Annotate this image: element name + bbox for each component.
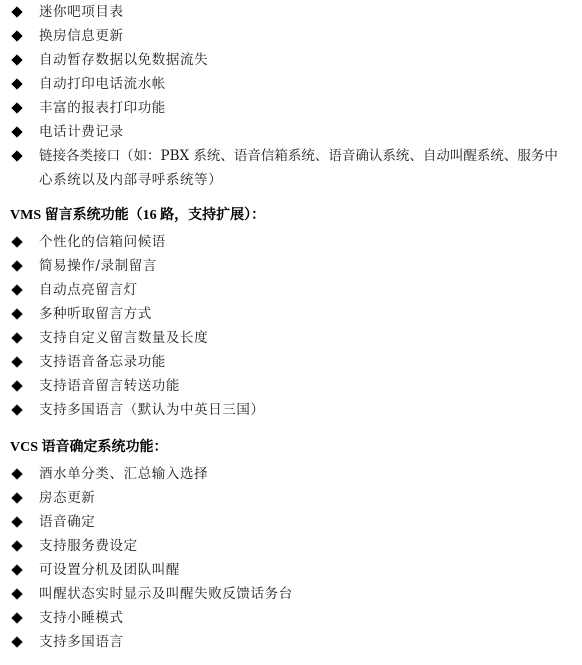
list-item: 支持服务费设定 <box>0 534 582 558</box>
diamond-bullet-icon <box>10 462 24 486</box>
diamond-bullet-icon <box>10 398 24 422</box>
diamond-bullet-icon <box>10 278 24 302</box>
diamond-bullet-icon <box>10 254 24 278</box>
diamond-bullet-icon <box>10 230 24 254</box>
list-item: 个性化的信箱问候语 <box>0 230 582 254</box>
list-item: 支持语音备忘录功能 <box>0 350 582 374</box>
diamond-bullet-icon <box>10 72 24 96</box>
section-heading-vms: VMS 留言系统功能（16 路，支持扩展）： <box>10 204 265 228</box>
diamond-bullet-icon <box>10 48 24 72</box>
diamond-bullet-icon <box>10 606 24 630</box>
list-item: 多种听取留言方式 <box>0 302 582 326</box>
list-item: 支持多国语言 <box>0 630 582 654</box>
diamond-bullet-icon <box>10 374 24 398</box>
diamond-bullet-icon <box>10 534 24 558</box>
list-item: 自动点亮留言灯 <box>0 278 582 302</box>
list-item: 可设置分机及团队叫醒 <box>0 558 582 582</box>
diamond-bullet-icon <box>10 24 24 48</box>
list-item: 电话计费记录 <box>0 120 582 144</box>
list-item: 简易操作/录制留言 <box>0 254 582 278</box>
list-item: 自动暂存数据以免数据流失 <box>0 48 582 72</box>
list-item-continuation: 心系统以及内部寻呼系统等） <box>39 168 222 192</box>
diamond-bullet-icon <box>10 630 24 654</box>
list-item: 酒水单分类、汇总输入选择 <box>0 462 582 486</box>
list-item: 支持小睡模式 <box>0 606 582 630</box>
diamond-bullet-icon <box>10 0 24 24</box>
list-item: 语音确定 <box>0 510 582 534</box>
list-item: 叫醒状态实时显示及叫醒失败反馈话务台 <box>0 582 582 606</box>
list-item: 支持自定义留言数量及长度 <box>0 326 582 350</box>
diamond-bullet-icon <box>10 582 24 606</box>
list-item: 换房信息更新 <box>0 24 582 48</box>
list-item: 自动打印电话流水帐 <box>0 72 582 96</box>
diamond-bullet-icon <box>10 486 24 510</box>
diamond-bullet-icon <box>10 144 24 168</box>
diamond-bullet-icon <box>10 558 24 582</box>
list-item: 链接各类接口（如：PBX 系统、语音信箱系统、语音确认系统、自动叫醒系统、服务中 <box>0 144 582 168</box>
diamond-bullet-icon <box>10 120 24 144</box>
diamond-bullet-icon <box>10 96 24 120</box>
list-item: 支持多国语言（默认为中英日三国） <box>0 398 582 422</box>
diamond-bullet-icon <box>10 326 24 350</box>
list-item: 房态更新 <box>0 486 582 510</box>
list-item: 丰富的报表打印功能 <box>0 96 582 120</box>
list-item: 迷你吧项目表 <box>0 0 582 24</box>
section-heading-vcs: VCS 语音确定系统功能： <box>10 436 168 460</box>
diamond-bullet-icon <box>10 302 24 326</box>
diamond-bullet-icon <box>10 510 24 534</box>
list-item: 支持语音留言转送功能 <box>0 374 582 398</box>
diamond-bullet-icon <box>10 350 24 374</box>
